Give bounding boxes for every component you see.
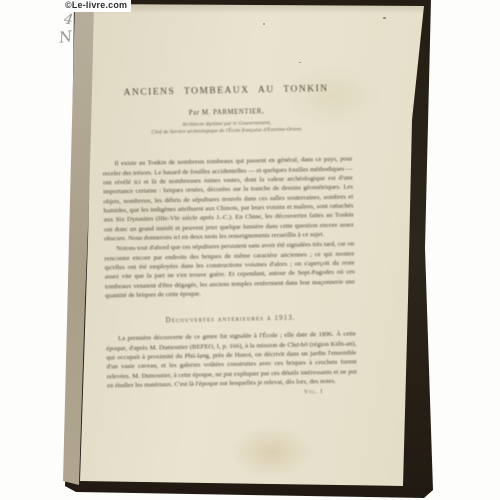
- article-byline: Par M. PARMENTIER,: [101, 106, 351, 118]
- paper-speck: [299, 62, 301, 63]
- body-paragraph-1: Il existe au Tonkin de nombreux tombeaux…: [102, 155, 354, 244]
- printed-text-block: ANCIENS TOMBEAUX AU TONKIN Par M. PARMEN…: [101, 83, 357, 399]
- paper-speck: [263, 23, 265, 25]
- paper-speck: [383, 17, 386, 19]
- pencil-mark: 4: [63, 11, 74, 28]
- body-paragraph-3: La première découverte de ce genre fut s…: [106, 330, 357, 391]
- product-photo: 4 N ANCIENS TOMBEAUX AU TONKIN Par M. PA…: [0, 0, 500, 500]
- pencil-mark: N: [58, 27, 73, 46]
- section-heading: Découvertes antérieures à 1913.: [106, 313, 356, 326]
- body-paragraph-2: Notons tout d'abord que ces sépultures p…: [104, 240, 355, 301]
- watermark-label: ©Le-livre.com: [63, 0, 131, 12]
